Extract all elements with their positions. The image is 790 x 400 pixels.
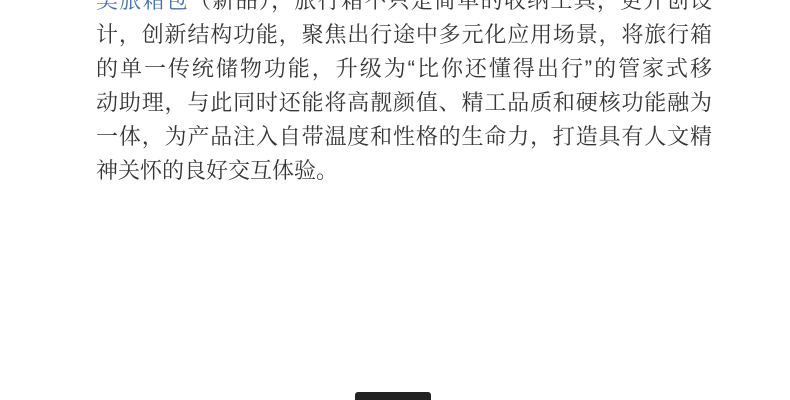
paragraph-line-1-clipped: 美旅箱包（新品），旅行箱不只是简单的收纳工具，更开创设 [96,0,712,18]
paragraph-line-6: 神关怀的良好交互体验。 [96,154,712,188]
paragraph-line-3: 的单一传统储物功能，升级为“比你还懂得出行”的管家式移 [96,52,712,86]
paragraph-line-1-text: （新品），旅行箱不只是简单的收纳工具，更开创设 [189,0,712,13]
article-page: 美旅箱包（新品），旅行箱不只是简单的收纳工具，更开创设 计，创新结构功能，聚焦出… [0,0,790,400]
paragraph-line-2: 计，创新结构功能，聚焦出行途中多元化应用场景，将旅行箱 [96,18,712,52]
product-link[interactable]: 美旅箱包 [96,0,189,13]
paragraph-line-4: 动助理，与此同时还能将高靓颜值、精工品质和硬核功能融为 [96,86,712,120]
paragraph-line-5: 一体，为产品注入自带温度和性格的生命力，打造具有人文精 [96,120,712,154]
cropped-image-top-edge [355,392,431,400]
article-paragraph: 美旅箱包（新品），旅行箱不只是简单的收纳工具，更开创设 计，创新结构功能，聚焦出… [96,0,712,188]
